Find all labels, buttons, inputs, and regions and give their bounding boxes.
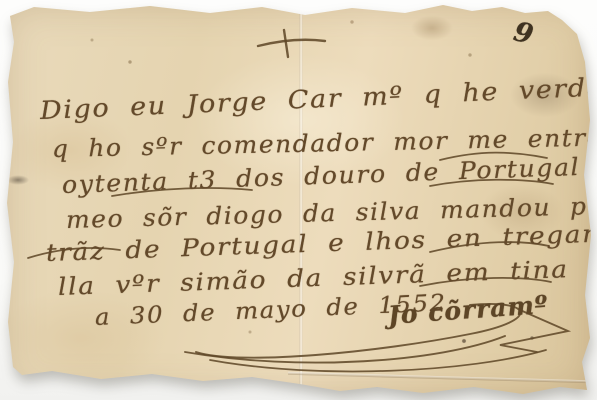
paper-sheet: 9 Digo eu Jorge Car mº q he verdade q ho… bbox=[0, 0, 597, 400]
manuscript-paper: 9 Digo eu Jorge Car mº q he verdade q ho… bbox=[0, 0, 597, 400]
photo-stage: 9 Digo eu Jorge Car mº q he verdade q ho… bbox=[0, 0, 597, 400]
cross-mark-icon bbox=[258, 30, 325, 57]
